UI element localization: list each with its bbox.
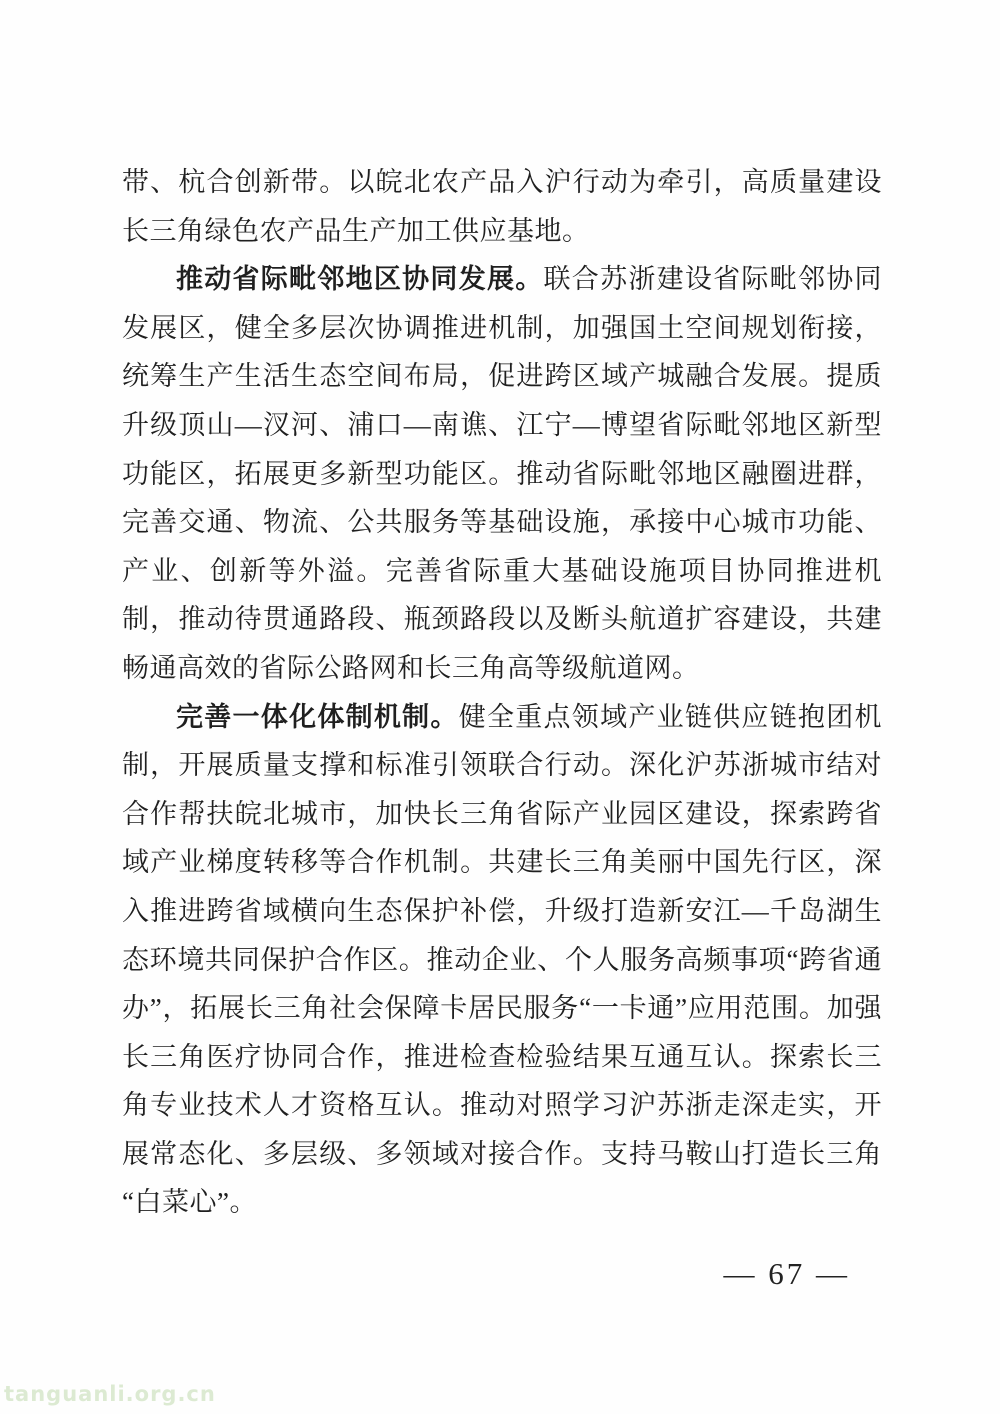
paragraph-continuation-text: 带、杭合创新带。以皖北农产品入沪行动为牵引，高质量建设长三角绿色农产品生产加工供…	[122, 167, 882, 246]
paragraph-continuation: 带、杭合创新带。以皖北农产品入沪行动为牵引，高质量建设长三角绿色农产品生产加工供…	[122, 158, 882, 255]
watermark: tanguanli.org.cn	[4, 1382, 216, 1406]
document-page: 带、杭合创新带。以皖北农产品入沪行动为牵引，高质量建设长三角绿色农产品生产加工供…	[0, 0, 1000, 1414]
document-body: 带、杭合创新带。以皖北农产品入沪行动为牵引，高质量建设长三角绿色农产品生产加工供…	[122, 158, 882, 1227]
paragraph-integration-mechanism-text: 健全重点领域产业链供应链抱团机制，开展质量支撑和标准引领联合行动。深化沪苏浙城市…	[122, 702, 882, 1218]
paragraph-integration-mechanism-heading: 完善一体化体制机制。	[176, 702, 459, 732]
page-number: — 67 —	[724, 1256, 851, 1292]
paragraph-integration-mechanism: 完善一体化体制机制。健全重点领域产业链供应链抱团机制，开展质量支撑和标准引领联合…	[122, 693, 882, 1228]
paragraph-neighboring-regions: 推动省际毗邻地区协同发展。联合苏浙建设省际毗邻协同发展区，健全多层次协调推进机制…	[122, 255, 882, 692]
paragraph-neighboring-regions-heading: 推动省际毗邻地区协同发展。	[176, 264, 544, 294]
paragraph-neighboring-regions-text: 联合苏浙建设省际毗邻协同发展区，健全多层次协调推进机制，加强国土空间规划衔接，统…	[122, 264, 882, 683]
